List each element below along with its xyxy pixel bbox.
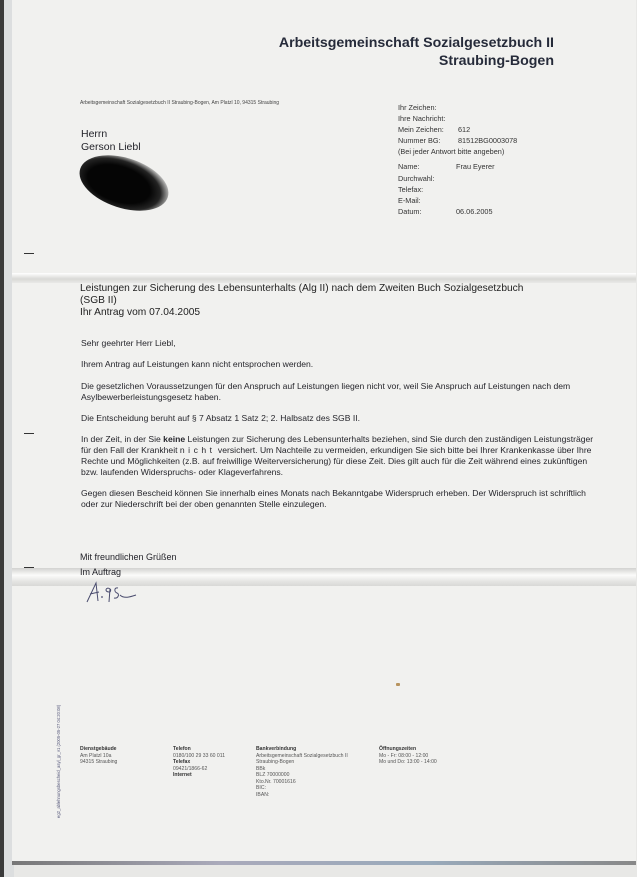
spaced-emphasis: nicht	[180, 445, 216, 455]
insurance-paragraph: In der Zeit, in der Sie keine Leistungen…	[81, 434, 601, 477]
document-template-code: eg2_ablehnungsbescheid_asyl_gr_v1 (2005-…	[56, 705, 61, 818]
reference-row: Ihr Zeichen:	[398, 102, 517, 113]
letter-body: Sehr geehrter Herr Liebl, Ihrem Antrag a…	[81, 338, 601, 520]
reference-row: Name:Frau Eyerer	[398, 161, 517, 172]
footer-line: Mo und Do: 13:00 - 14:00	[379, 759, 437, 766]
closing-greeting: Mit freundlichen Grüßen	[80, 550, 177, 565]
reference-label: Nummer BG:	[398, 135, 458, 146]
closing-on-behalf: Im Auftrag	[80, 565, 177, 580]
fold-mark	[24, 253, 34, 254]
reference-label: Durchwahl:	[398, 173, 456, 184]
subject-block: Leistungen zur Sicherung des Lebensunter…	[80, 283, 523, 319]
closing: Mit freundlichen Grüßen Im Auftrag	[80, 550, 177, 580]
footer-bank: Bankverbindung Arbeitsgemeinschaft Sozia…	[256, 746, 348, 798]
reference-row: Mein Zeichen:612	[398, 124, 517, 135]
fold-mark	[24, 567, 34, 568]
letterhead: Arbeitsgemeinschaft Sozialgesetzbuch II …	[279, 34, 554, 70]
recipient-address: Herrn Gerson Liebl	[81, 128, 141, 154]
reference-label: Telefax:	[398, 184, 456, 195]
footer-heading: Dienstgebäude	[80, 746, 117, 753]
reference-label: Ihre Nachricht:	[398, 113, 458, 124]
footer-contact: Telefon 0180/100 29 33 60 011 Telefax 09…	[173, 746, 225, 779]
reference-row: Telefax:	[398, 184, 517, 195]
emphasis: keine	[163, 434, 185, 444]
letterhead-org: Arbeitsgemeinschaft Sozialgesetzbuch II	[279, 34, 554, 52]
signature	[84, 580, 144, 611]
footer-hours: Öffnungszeiten Mo - Fr: 08:00 - 12:00 Mo…	[379, 746, 437, 766]
application-date: Ihr Antrag vom 07.04.2005	[80, 307, 523, 319]
footer-building: Dienstgebäude Am Platzl 10a 94315 Straub…	[80, 746, 117, 766]
reference-value: 06.06.2005	[456, 206, 493, 217]
paper-fold	[12, 273, 636, 283]
reference-value: Frau Eyerer	[456, 161, 495, 172]
reference-label: E-Mail:	[398, 195, 456, 206]
subject-line: Leistungen zur Sicherung des Lebensunter…	[80, 283, 523, 295]
footer-line: 94315 Straubing	[80, 759, 117, 766]
punch-mark	[24, 433, 34, 434]
text: In der Zeit, in der Sie	[81, 434, 163, 444]
reference-label: Mein Zeichen:	[398, 124, 458, 135]
footer-heading: Internet	[173, 772, 225, 779]
reference-value: 612	[458, 124, 470, 135]
footer-line: IBAN:	[256, 792, 348, 799]
reference-label: Ihr Zeichen:	[398, 102, 458, 113]
reference-row: Durchwahl:	[398, 173, 517, 184]
sender-return-address: Arbeitsgemeinschaft Sozialgesetzbuch II …	[80, 100, 310, 107]
greeting: Sehr geehrter Herr Liebl,	[81, 338, 601, 349]
recipient-name: Gerson Liebl	[81, 141, 141, 154]
appeal-paragraph: Gegen diesen Bescheid können Sie innerha…	[81, 488, 601, 510]
reference-label: Datum:	[398, 206, 456, 217]
legal-basis-paragraph: Die Entscheidung beruht auf § 7 Absatz 1…	[81, 413, 601, 424]
reason-paragraph: Die gesetzlichen Voraussetzungen für den…	[81, 381, 601, 403]
recipient-salutation: Herrn	[81, 128, 141, 141]
paper-speck	[396, 683, 400, 686]
reference-label: Name:	[398, 161, 456, 172]
subject-line: (SGB II)	[80, 295, 523, 307]
decision-paragraph: Ihrem Antrag auf Leistungen kann nicht e…	[81, 359, 601, 370]
reference-row: Datum:06.06.2005	[398, 206, 517, 217]
letterhead-region: Straubing-Bogen	[279, 52, 554, 70]
reference-note: (Bei jeder Antwort bitte angeben)	[398, 146, 517, 157]
reference-row: Ihre Nachricht:	[398, 113, 517, 124]
reference-block: Ihr Zeichen:Ihre Nachricht:Mein Zeichen:…	[398, 102, 517, 217]
reference-row: Nummer BG:81512BG0003078	[398, 135, 517, 146]
paper-bottom-edge	[12, 861, 636, 865]
reference-value: 81512BG0003078	[458, 135, 517, 146]
reference-row: E-Mail:	[398, 195, 517, 206]
